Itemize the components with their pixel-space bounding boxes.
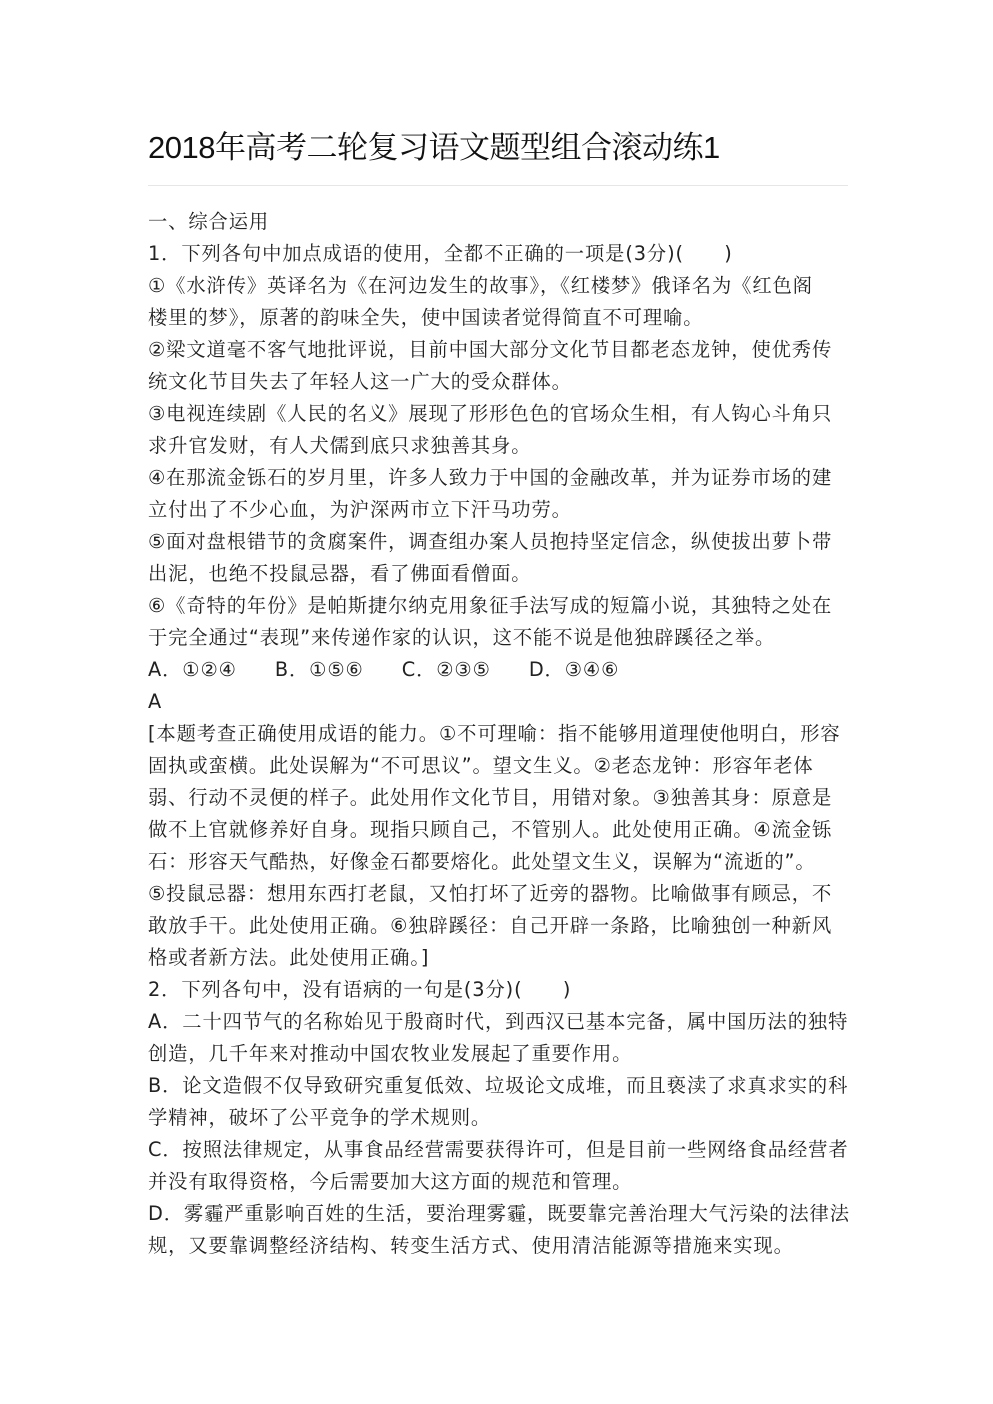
question-1-line: ⑤面对盘根错节的贪腐案件，调查组办案人员抱持坚定信念，纵使拔出萝卜带 <box>148 526 848 558</box>
question-2-line: 学精神，破坏了公平竞争的学术规则。 <box>148 1102 848 1134</box>
explanation-line: ⑤投鼠忌器：想用东西打老鼠，又怕打坏了近旁的器物。比喻做事有顾忌，不 <box>148 878 848 910</box>
document-body: 一、综合运用 1．下列各句中加点成语的使用，全都不正确的一项是(3分)( ) ①… <box>148 206 848 1262</box>
question-2-stem: 2．下列各句中，没有语病的一句是(3分)( ) <box>148 974 848 1006</box>
explanation-line: 石：形容天气酷热，好像金石都要熔化。此处望文生义，误解为“流逝的”。 <box>148 846 848 878</box>
question-1-line: ④在那流金铄石的岁月里，许多人致力于中国的金融改革，并为证券市场的建 <box>148 462 848 494</box>
title-divider <box>148 185 848 186</box>
option-d: D．③④⑥ <box>529 654 619 686</box>
option-a: A．①②④ <box>148 654 237 686</box>
question-1-line: 统文化节目失去了年轻人这一广大的受众群体。 <box>148 366 848 398</box>
option-c: C．②③⑤ <box>402 654 491 686</box>
explanation-line: 固执或蛮横。此处误解为“不可思议”。望文生义。②老态龙钟：形容年老体 <box>148 750 848 782</box>
question-2-line: 并没有取得资格，今后需要加大这方面的规范和管理。 <box>148 1166 848 1198</box>
document-title: 2018年高考二轮复习语文题型组合滚动练1 <box>148 128 848 168</box>
question-1-stem: 1．下列各句中加点成语的使用，全都不正确的一项是(3分)( ) <box>148 238 848 270</box>
question-1-line: 出泥，也绝不投鼠忌器，看了佛面看僧面。 <box>148 558 848 590</box>
question-1-line: 求升官发财，有人犬儒到底只求独善其身。 <box>148 430 848 462</box>
question-1-line: 立付出了不少心血，为沪深两市立下汗马功劳。 <box>148 494 848 526</box>
question-2-line: C．按照法律规定，从事食品经营需要获得许可，但是目前一些网络食品经营者 <box>148 1134 848 1166</box>
explanation-line: 格或者新方法。此处使用正确。] <box>148 942 848 974</box>
question-1-line: ①《水浒传》英译名为《在河边发生的故事》，《红楼梦》俄译名为《红色阁 <box>148 270 848 302</box>
explanation-line: 做不上官就修养好自身。现指只顾自己，不管别人。此处使用正确。④流金铄 <box>148 814 848 846</box>
question-2-line: B．论文造假不仅导致研究重复低效、垃圾论文成堆，而且亵渎了求真求实的科 <box>148 1070 848 1102</box>
explanation-line: 弱、行动不灵便的样子。此处用作文化节目，用错对象。③独善其身：原意是 <box>148 782 848 814</box>
question-1-line: ③电视连续剧《人民的名义》展现了形形色色的官场众生相，有人钩心斗角只 <box>148 398 848 430</box>
question-2-line: A．二十四节气的名称始见于殷商时代，到西汉已基本完备，属中国历法的独特 <box>148 1006 848 1038</box>
question-1-line: 于完全通过“表现”来传递作家的认识，这不能不说是他独辟蹊径之举。 <box>148 622 848 654</box>
question-1-answer: A <box>148 686 848 718</box>
explanation-line: [本题考查正确使用成语的能力。①不可理喻：指不能够用道理使他明白，形容 <box>148 718 848 750</box>
question-2-line: D．雾霾严重影响百姓的生活，要治理雾霾，既要靠完善治理大气污染的法律法 <box>148 1198 848 1230</box>
option-b: B．①⑤⑥ <box>275 654 364 686</box>
question-1-options: A．①②④ B．①⑤⑥ C．②③⑤ D．③④⑥ <box>148 654 848 686</box>
question-2-line: 规，又要靠调整经济结构、转变生活方式、使用清洁能源等措施来实现。 <box>148 1230 848 1262</box>
question-1-line: 楼里的梦》，原著的韵味全失，使中国读者觉得简直不可理喻。 <box>148 302 848 334</box>
question-1-line: ②梁文道毫不客气地批评说，目前中国大部分文化节目都老态龙钟，使优秀传 <box>148 334 848 366</box>
section-heading: 一、综合运用 <box>148 206 848 238</box>
question-1-line: ⑥《奇特的年份》是帕斯捷尔纳克用象征手法写成的短篇小说，其独特之处在 <box>148 590 848 622</box>
question-2-line: 创造，几千年来对推动中国农牧业发展起了重要作用。 <box>148 1038 848 1070</box>
explanation-line: 敢放手干。此处使用正确。⑥独辟蹊径：自己开辟一条路，比喻独创一种新风 <box>148 910 848 942</box>
